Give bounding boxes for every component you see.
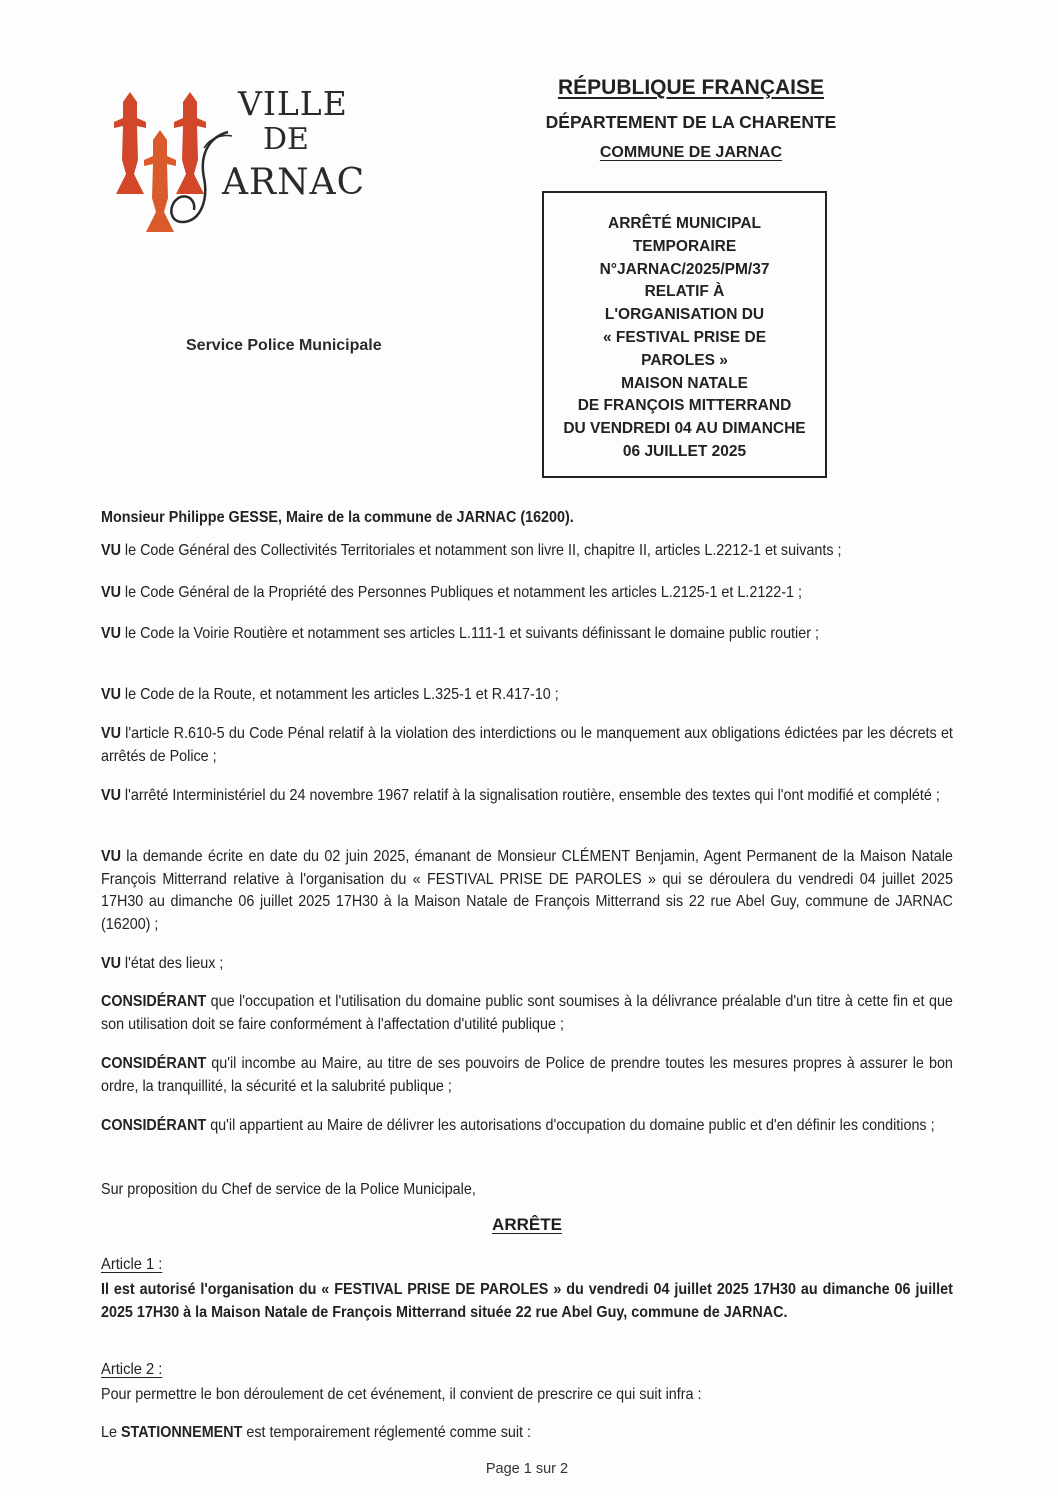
- vu-paragraph: VU le Code Général des Collectivités Ter…: [101, 540, 953, 563]
- decree-title-line: PAROLES »: [544, 350, 825, 373]
- decree-title-box: ARRÊTÉ MUNICIPALTEMPORAIREN°JARNAC/2025/…: [542, 191, 827, 478]
- considerant-paragraph: CONSIDÉRANT que l'occupation et l'utilis…: [101, 991, 953, 1036]
- vu-paragraph: VU l'article R.610-5 du Code Pénal relat…: [101, 723, 953, 768]
- decree-title-line: 06 JUILLET 2025: [544, 441, 825, 464]
- decree-title-line: DU VENDREDI 04 AU DIMANCHE: [544, 418, 825, 441]
- vu-paragraph: VU l'arrêté Interministériel du 24 novem…: [101, 785, 953, 808]
- stationnement-line: Le STATIONNEMENT est temporairement régl…: [101, 1422, 953, 1445]
- decree-title-line: RELATIF À: [544, 281, 825, 304]
- logo-text-ville: VILLE: [238, 84, 348, 123]
- decree-title-line: TEMPORAIRE: [544, 236, 825, 259]
- considerant-paragraph: CONSIDÉRANT qu'il incombe au Maire, au t…: [101, 1053, 953, 1098]
- department-heading: DÉPARTEMENT DE LA CHARENTE: [530, 112, 852, 133]
- logo-text-jarnac: ARNAC: [222, 162, 365, 203]
- considerant-paragraph: CONSIDÉRANT qu'il appartient au Maire de…: [101, 1115, 953, 1138]
- decree-title-line: N°JARNAC/2025/PM/37: [544, 259, 825, 282]
- proposition-line: Sur proposition du Chef de service de la…: [101, 1179, 953, 1202]
- article-2-text: Pour permettre le bon déroulement de cet…: [101, 1384, 953, 1407]
- vu-paragraph: VU l'état des lieux ;: [101, 953, 953, 976]
- decree-title-line: « FESTIVAL PRISE DE: [544, 327, 825, 350]
- logo-text-de: DE: [263, 122, 309, 157]
- arrete-heading: ARRÊTE: [101, 1215, 953, 1235]
- decree-title: ARRÊTÉ MUNICIPALTEMPORAIREN°JARNAC/2025/…: [544, 213, 825, 464]
- vu-paragraph: VU le Code Général de la Propriété des P…: [101, 582, 953, 605]
- page-number: Page 1 sur 2: [101, 1461, 953, 1477]
- decree-title-line: MAISON NATALE: [544, 373, 825, 396]
- republic-heading: RÉPUBLIQUE FRANÇAISE: [530, 76, 852, 100]
- decree-title-line: ARRÊTÉ MUNICIPAL: [544, 213, 825, 236]
- service-label: Service Police Municipale: [186, 337, 382, 355]
- decree-title-line: DE FRANÇOIS MITTERRAND: [544, 395, 825, 418]
- article-2-heading: Article 2 :: [101, 1361, 162, 1379]
- article-1-text: Il est autorisé l'organisation du « FEST…: [101, 1279, 953, 1324]
- vu-paragraph: VU le Code de la Route, et notamment les…: [101, 684, 953, 707]
- vu-paragraph: VU la demande écrite en date du 02 juin …: [101, 846, 953, 936]
- vu-paragraph: VU le Code la Voirie Routière et notamme…: [101, 623, 953, 646]
- mayor-line: Monsieur Philippe GESSE, Maire de la com…: [101, 507, 953, 530]
- article-1-heading: Article 1 :: [101, 1256, 162, 1274]
- decree-title-line: L'ORGANISATION DU: [544, 304, 825, 327]
- commune-heading: COMMUNE DE JARNAC: [530, 144, 852, 162]
